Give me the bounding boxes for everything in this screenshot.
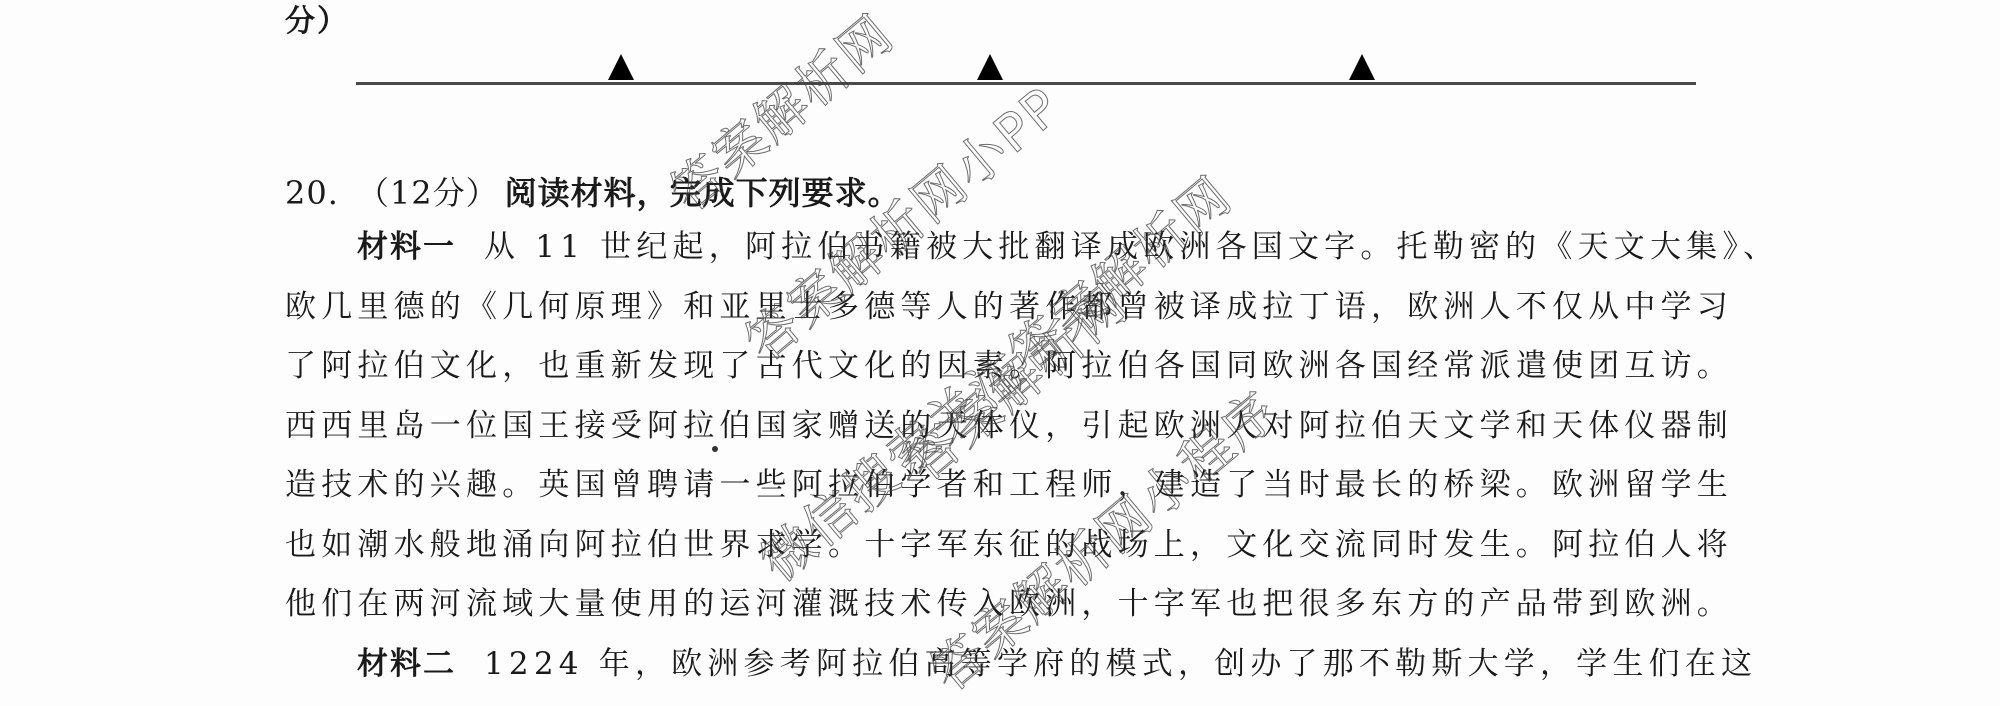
- question-score: （12分）: [357, 174, 499, 212]
- exam-page: 分） 20.（12分）阅读材料，完成下列要求。 材料一从 11 世纪起，阿拉伯书…: [0, 0, 2000, 706]
- question-title: 20.（12分）阅读材料，完成下列要求。: [285, 168, 901, 214]
- scan-speck: [712, 446, 718, 452]
- material-line: 造技术的兴趣。英国曾聘请一些阿拉伯学者和工程师，建造了当时最长的桥梁。欧洲留学生: [285, 456, 1715, 516]
- answer-line: [356, 82, 1696, 85]
- previous-question-tail: 分）: [285, 0, 349, 40]
- material-line: 西西里岛一位国王接受阿拉伯国家赠送的天体仪，引起欧洲人对阿拉伯天文学和天体仪器制: [285, 397, 1715, 457]
- material-two: 材料二1224 年，欧洲参考阿拉伯高等学府的模式，创办了那不勒斯大学，学生们在这: [285, 635, 1715, 695]
- triangle-marker-icon: [977, 54, 1003, 80]
- material-line: 欧几里德的《几何原理》和亚里士多德等人的著作都曾被译成拉丁语，欧洲人不仅从中学习: [285, 278, 1715, 338]
- material-line: 材料一从 11 世纪起，阿拉伯书籍被大批翻译成欧洲各国文字。托勒密的《天文大集》…: [285, 218, 1715, 278]
- material-label: 材料一: [357, 229, 456, 265]
- material-line: 也如潮水般地涌向阿拉伯世界求学。十字军东征的战场上，文化交流同时发生。阿拉伯人将: [285, 516, 1715, 576]
- material-line: 材料二1224 年，欧洲参考阿拉伯高等学府的模式，创办了那不勒斯大学，学生们在这: [285, 635, 1715, 695]
- material-one: 材料一从 11 世纪起，阿拉伯书籍被大批翻译成欧洲各国文字。托勒密的《天文大集》…: [285, 218, 1715, 635]
- triangle-marker-icon: [608, 54, 634, 80]
- triangle-marker-icon: [1349, 54, 1375, 80]
- question-instruction: 阅读材料，完成下列要求。: [505, 174, 901, 212]
- question-number: 20.: [285, 174, 339, 212]
- material-line: 了阿拉伯文化，也重新发现了古代文化的因素。阿拉伯各国同欧洲各国经常派遣使团互访。: [285, 337, 1715, 397]
- material-label: 材料二: [357, 646, 456, 682]
- material-line: 他们在两河流域大量使用的运河灌溉技术传入欧洲，十字军也把很多东方的产品带到欧洲。: [285, 575, 1715, 635]
